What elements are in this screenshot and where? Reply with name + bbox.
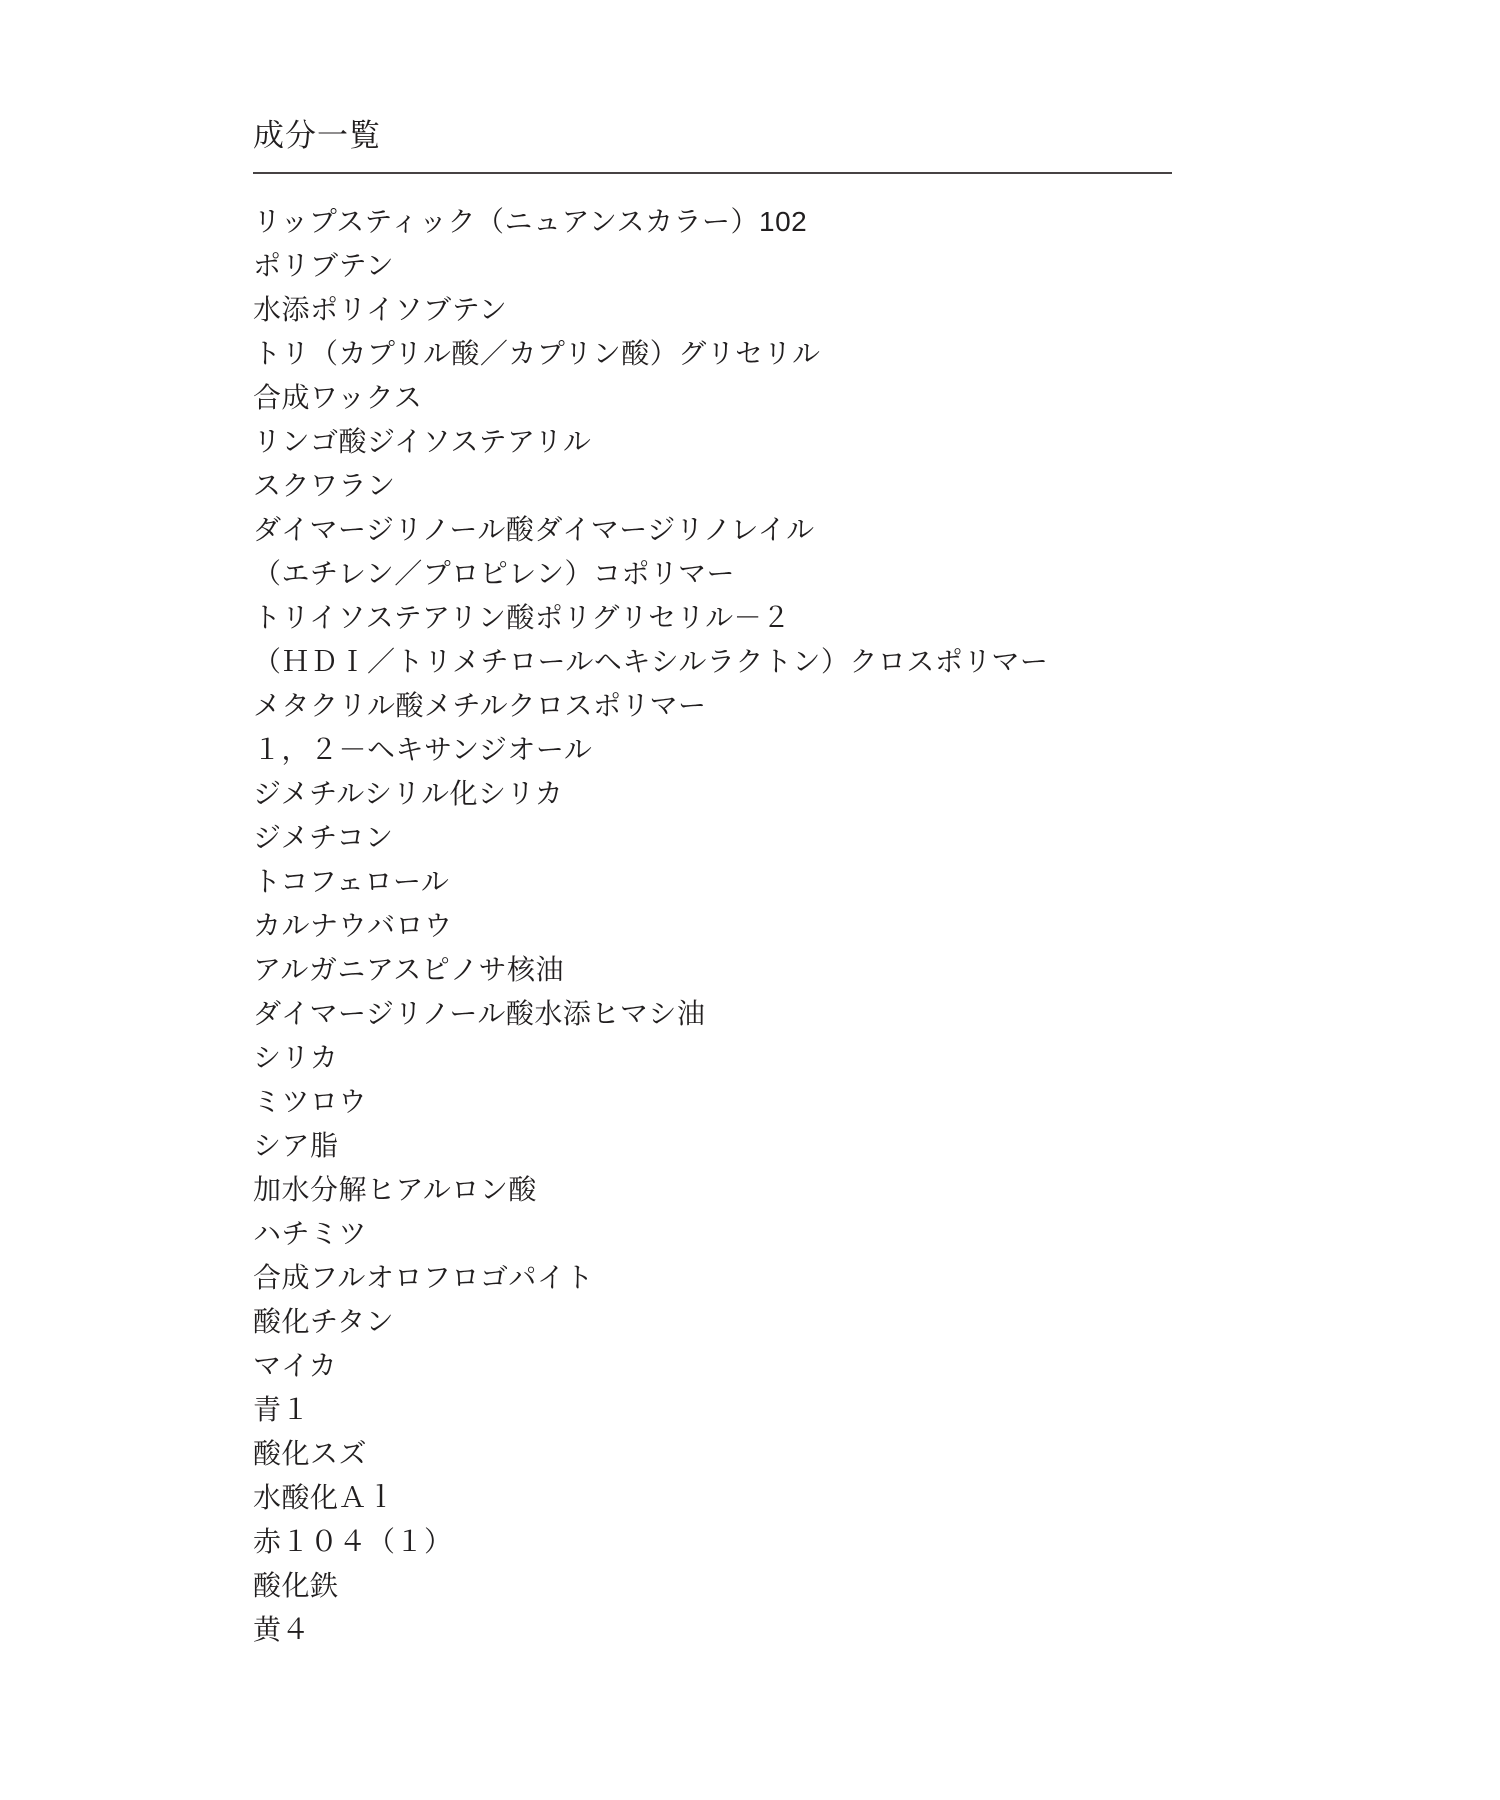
ingredient-list: リップスティック（ニュアンスカラー）102 ポリブテン 水添ポリイソブテン トリ…	[253, 200, 1048, 1652]
ingredient-item: トコフェロール	[253, 860, 1048, 904]
ingredient-item: （ＨＤＩ／トリメチロールヘキシルラクトン）クロスポリマー	[253, 640, 1048, 684]
ingredient-item: 加水分解ヒアルロン酸	[253, 1168, 1048, 1212]
ingredient-item: ジメチルシリル化シリカ	[253, 772, 1048, 816]
ingredient-item: １，２－ヘキサンジオール	[253, 728, 1048, 772]
ingredient-item: トリイソステアリン酸ポリグリセリル－２	[253, 596, 1048, 640]
ingredient-item: マイカ	[253, 1344, 1048, 1388]
ingredient-item: 青１	[253, 1388, 1048, 1432]
ingredient-item: 酸化鉄	[253, 1564, 1048, 1608]
ingredient-item: シア脂	[253, 1124, 1048, 1168]
ingredient-item: アルガニアスピノサ核油	[253, 948, 1048, 992]
ingredient-item: 赤１０４（１）	[253, 1520, 1048, 1564]
ingredient-item: ハチミツ	[253, 1212, 1048, 1256]
ingredient-item: ポリブテン	[253, 244, 1048, 288]
ingredient-item: リンゴ酸ジイソステアリル	[253, 420, 1048, 464]
document-page: 成分一覧 リップスティック（ニュアンスカラー）102 ポリブテン 水添ポリイソブ…	[0, 0, 1500, 1800]
title-divider	[253, 172, 1172, 174]
ingredient-item: 合成フルオロフロゴパイト	[253, 1256, 1048, 1300]
ingredient-item: 黄４	[253, 1608, 1048, 1652]
ingredient-item: 合成ワックス	[253, 376, 1048, 420]
ingredient-item: トリ（カプリル酸／カプリン酸）グリセリル	[253, 332, 1048, 376]
ingredient-item: ダイマージリノール酸ダイマージリノレイル	[253, 508, 1048, 552]
ingredient-item: メタクリル酸メチルクロスポリマー	[253, 684, 1048, 728]
ingredient-item: 酸化チタン	[253, 1300, 1048, 1344]
ingredient-item: ダイマージリノール酸水添ヒマシ油	[253, 992, 1048, 1036]
ingredient-item: シリカ	[253, 1036, 1048, 1080]
ingredient-item: カルナウバロウ	[253, 904, 1048, 948]
ingredient-item: スクワラン	[253, 464, 1048, 508]
ingredient-item: ミツロウ	[253, 1080, 1048, 1124]
ingredient-item: （エチレン／プロピレン）コポリマー	[253, 552, 1048, 596]
ingredient-item: 水添ポリイソブテン	[253, 288, 1048, 332]
ingredient-item: ジメチコン	[253, 816, 1048, 860]
page-title: 成分一覧	[253, 116, 381, 156]
product-name-line: リップスティック（ニュアンスカラー）102	[253, 200, 1048, 244]
ingredient-item: 酸化スズ	[253, 1432, 1048, 1476]
ingredient-item: 水酸化Ａｌ	[253, 1476, 1048, 1520]
